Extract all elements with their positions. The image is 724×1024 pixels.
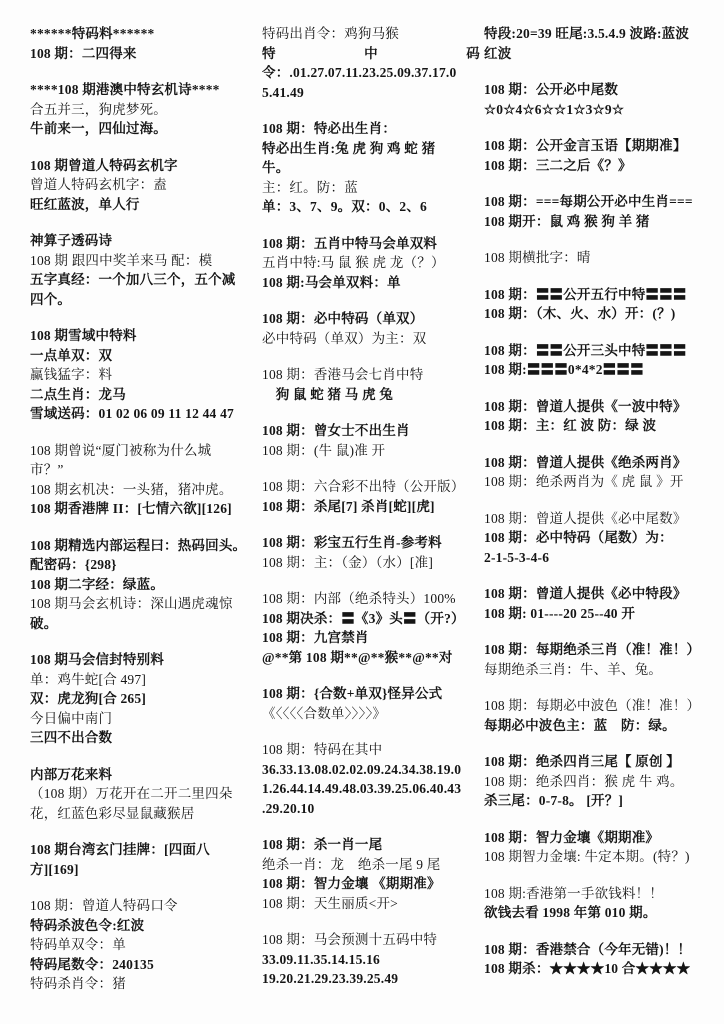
text-line: 108 期曾说“厦门被称为什么城 [30, 441, 254, 461]
text-line: 108 期：九宫禁肖 [262, 628, 480, 648]
text-line: 特码杀波色令:红波 [30, 916, 254, 936]
text-line: 108 期马会信封特别料 [30, 650, 254, 670]
text-line: 108 期：主：红 波 防：绿 波 [484, 416, 716, 436]
text-block: ******特码料******108 期：二四得来 [30, 24, 254, 63]
text-line: 108 期：天生丽质<开> [262, 894, 480, 914]
justified-word: 特 [262, 44, 276, 64]
text-line: 108 期智力金壤: 牛定本期。(特？) [484, 847, 716, 867]
text-line: 108 期：二四得来 [30, 44, 254, 64]
text-block: 108 期雪域中特料一点单双：双赢钱猛字：料二点生肖：龙马雪域送码：01 02 … [30, 326, 254, 424]
text-block: 108 期：六合彩不出特（公开版）108 期：杀尾[7] 杀肖[蛇][虎] [262, 477, 480, 516]
text-line: 108 期：彩宝五行生肖-参考料 [262, 533, 480, 553]
text-block: 108 期：公开金言玉语【期期准】108 期：三二之后《？》 [484, 136, 716, 175]
text-block: 108 期:香港第一手欲钱料！！欲钱去看 1998 年第 010 期。 [484, 884, 716, 923]
text-line: 108 期：三二之后《？》 [484, 156, 716, 176]
text-block: 108 期：马会预测十五码中特33.09.11.35.14.15.1619.20… [262, 930, 480, 989]
text-line: 5.41.49 [262, 83, 480, 103]
text-block: 108 期：曾道人特码口令特码杀波色令:红波特码单双令：单特码尾数令：24013… [30, 896, 254, 994]
text-line: 108 期：===每期公开必中生肖=== [484, 192, 716, 212]
text-line: 狗 鼠 蛇 猪 马 虎 兔 [262, 385, 480, 405]
text-line: 108 期：曾女士不出生肖 [262, 421, 480, 441]
text-line: 特段:20=39 旺尾:3.5.4.9 波路:蓝波 [484, 24, 716, 44]
text-line: 内部万花来料 [30, 765, 254, 785]
text-line: 红波 [484, 44, 716, 64]
text-line: 108 期开：鼠 鸡 猴 狗 羊 猪 [484, 212, 716, 232]
text-line: 108 期:马会单双料：单 [262, 273, 480, 293]
text-block: 108 期：香港马会七肖中特 狗 鼠 蛇 猪 马 虎 兔 [262, 365, 480, 404]
text-line: ******特码料****** [30, 24, 254, 44]
text-line: 108 期：每期必中波色（准！准！） [484, 696, 716, 716]
text-line: 108 期 跟四中奖羊来马 配：模 [30, 251, 254, 271]
text-block: 108 期：必中特码（单双）必中特码（单双）为主：双 [262, 309, 480, 348]
text-block: 108 期：===每期公开必中生肖===108 期开：鼠 鸡 猴 狗 羊 猪 [484, 192, 716, 231]
text-line: 特码出肖令：鸡狗马猴 [262, 24, 480, 44]
text-block: 108 期：公开必中尾数☆0☆4☆6☆☆1☆3☆9☆ [484, 80, 716, 119]
text-block: 108 期：{合数+单双}怪异公式《〈〈〈〈合数单〉〉〉〉》 [262, 684, 480, 723]
text-line: .29.20.10 [262, 799, 480, 819]
text-line: 108 期：内部（绝杀特头）100% [262, 589, 480, 609]
text-line: 108 期曾道人特码玄机字 [30, 156, 254, 176]
text-line: 108 期：智力金壤《期期准》 [484, 828, 716, 848]
text-block: 108 期精选内部运程曰：热码回头。配密码：{298}108 期二字经：绿蓝。1… [30, 536, 254, 634]
text-line: 108 期：香港马会七肖中特 [262, 365, 480, 385]
column-left: ******特码料******108 期：二四得来****108 期港澳中特玄机… [30, 24, 254, 1011]
text-block: 108 期：特码在其中36.33.13.08.02.02.09.24.34.38… [262, 740, 480, 818]
text-line: @**第 108 期**@**猴**@**对 [262, 648, 480, 668]
text-line: 欲钱去看 1998 年第 010 期。 [484, 903, 716, 923]
column-right: 特段:20=39 旺尾:3.5.4.9 波路:蓝波红波108 期：公开必中尾数☆… [484, 24, 716, 996]
text-line: 牛前来一，四仙过海。 [30, 119, 254, 139]
text-line: 108 期：(牛 鼠)准 开 [262, 441, 480, 461]
text-line: 108 期:〓〓〓0*4*2〓〓〓 [484, 360, 716, 380]
text-line: 108 期：绝杀四肖：猴 虎 牛 鸡。 [484, 772, 716, 792]
text-line: 三四不出合数 [30, 728, 254, 748]
text-line: 曾道人特码玄机字：盍 [30, 175, 254, 195]
text-block: 108 期：绝杀四肖三尾【 原创 】108 期：绝杀四肖：猴 虎 牛 鸡。杀三尾… [484, 752, 716, 811]
text-line: 绝杀一肖：龙 绝杀一尾 9 尾 [262, 855, 480, 875]
justified-word: 中 [364, 44, 378, 64]
justified-word: 码 [466, 44, 480, 64]
text-line: 108 期：杀一肖一尾 [262, 835, 480, 855]
text-line: 特码单双令：单 [30, 935, 254, 955]
text-block: 108 期：〓〓公开五行中特〓〓〓108 期：（木、火、水）开：(？) [484, 285, 716, 324]
text-line: 方][169] [30, 860, 254, 880]
text-line: 五字真经：一个加八三个，五个减 [30, 270, 254, 290]
text-block: 神算子透码诗108 期 跟四中奖羊来马 配：模五字真经：一个加八三个，五个减四个… [30, 231, 254, 309]
text-line: 《〈〈〈〈合数单〉〉〉〉》 [262, 704, 480, 724]
text-line: 108 期玄机决：一头猪，猪冲虎。 [30, 480, 254, 500]
text-line: 五肖中特:马 鼠 猴 虎 龙（？） [262, 253, 480, 273]
text-block: 108 期台湾玄门挂牌：[四面八方][169] [30, 840, 254, 879]
text-line: 108 期：曾道人提供《绝杀两肖》 [484, 453, 716, 473]
text-block: 108 期：彩宝五行生肖-参考料108 期：主：（金）（水）[准] [262, 533, 480, 572]
text-line: 杀三尾：0-7-8。 [开？] [484, 791, 716, 811]
text-line: 合五并三，狗虎梦死。 [30, 100, 254, 120]
text-block: 108 期横批字：晴 [484, 248, 716, 268]
text-line: 特中码 [262, 44, 480, 64]
text-block: 108 期：曾道人提供《一波中特》108 期：主：红 波 防：绿 波 [484, 397, 716, 436]
text-line: 108 期香港牌 II：[七情六欲][126] [30, 499, 254, 519]
text-line: 108 期二字经：绿蓝。 [30, 575, 254, 595]
text-line: 每期必中波色主：蓝 防：绿。 [484, 716, 716, 736]
text-line: 必中特码（单双）为主：双 [262, 329, 480, 349]
text-line: 108 期：绝杀四肖三尾【 原创 】 [484, 752, 716, 772]
text-line: 108 期：公开必中尾数 [484, 80, 716, 100]
text-line: 108 期：绝杀两肖为《 虎 鼠 》开 [484, 472, 716, 492]
text-line: 108 期：必中特码（尾数）为： [484, 528, 716, 548]
text-line: 108 期：〓〓公开五行中特〓〓〓 [484, 285, 716, 305]
text-line: 花，红蓝色彩尽显鼠藏猴居 [30, 804, 254, 824]
text-line: 108 期: 01----20 25--40 开 [484, 604, 716, 624]
text-line: 108 期杀：★★★★10 合★★★★ [484, 959, 716, 979]
text-line: 108 期：曾道人提供《必中尾数》 [484, 509, 716, 529]
text-line: 今日偏中南门 [30, 709, 254, 729]
text-line: 108 期：曾道人提供《一波中特》 [484, 397, 716, 417]
text-block: 108 期：曾女士不出生肖108 期：(牛 鼠)准 开 [262, 421, 480, 460]
text-line: 108 期台湾玄门挂牌：[四面八 [30, 840, 254, 860]
text-block: 108 期：每期绝杀三肖（准！准！）每期绝杀三肖：牛、羊、兔。 [484, 640, 716, 679]
text-line: （108 期）万花开在二开二里四朵 [30, 784, 254, 804]
text-line: ☆0☆4☆6☆☆1☆3☆9☆ [484, 100, 716, 120]
text-line: 特必出生肖:兔 虎 狗 鸡 蛇 猪 [262, 139, 480, 159]
text-line: 二点生肖：龙马 [30, 385, 254, 405]
text-line: 108 期：特必出生肖： [262, 119, 480, 139]
text-line: 108 期雪域中特料 [30, 326, 254, 346]
column-middle: 特码出肖令：鸡狗马猴特中码令：.01.27.07.11.23.25.09.37.… [262, 24, 480, 1006]
text-block: 108 期：曾道人提供《必中尾数》108 期：必中特码（尾数）为：2-1-5-3… [484, 509, 716, 568]
text-line: 108 期：香港禁合（今年无错)！！ [484, 940, 716, 960]
text-block: 108 期马会信封特别料单：鸡牛蛇[合 497]双：虎龙狗[合 265]今日偏中… [30, 650, 254, 748]
text-block: 108 期：〓〓公开三头中特〓〓〓108 期:〓〓〓0*4*2〓〓〓 [484, 341, 716, 380]
text-line: 108 期:香港第一手欲钱料！！ [484, 884, 716, 904]
text-line: 旺红蓝波，单人行 [30, 195, 254, 215]
text-line: 108 期：（木、火、水）开：(？) [484, 304, 716, 324]
tip-sheet-page: ******特码料******108 期：二四得来****108 期港澳中特玄机… [0, 0, 724, 1024]
text-block: 108 期曾道人特码玄机字曾道人特码玄机字：盍旺红蓝波，单人行 [30, 156, 254, 215]
text-line: 108 期：曾道人提供《必中特段》 [484, 584, 716, 604]
text-line: 特码尾数令：240135 [30, 955, 254, 975]
text-line: 19.20.21.29.23.39.25.49 [262, 969, 480, 989]
text-line: 108 期：六合彩不出特（公开版） [262, 477, 480, 497]
text-line: 108 期：{合数+单双}怪异公式 [262, 684, 480, 704]
text-block: 108 期：智力金壤《期期准》108 期智力金壤: 牛定本期。(特？) [484, 828, 716, 867]
text-line: 108 期马会玄机诗：深山遇虎魂惊 [30, 594, 254, 614]
text-line: 108 期：马会预测十五码中特 [262, 930, 480, 950]
text-line: 双：虎龙狗[合 265] [30, 689, 254, 709]
text-line: 四个。 [30, 290, 254, 310]
text-line: ****108 期港澳中特玄机诗**** [30, 80, 254, 100]
text-line: 主：红。防：蓝 [262, 178, 480, 198]
text-line: 108 期精选内部运程曰：热码回头。 [30, 536, 254, 556]
text-line: 1.26.44.14.49.48.03.39.25.06.40.43 [262, 779, 480, 799]
text-line: 36.33.13.08.02.02.09.24.34.38.19.0 [262, 760, 480, 780]
text-block: 108 期：曾道人提供《绝杀两肖》108 期：绝杀两肖为《 虎 鼠 》开 [484, 453, 716, 492]
text-line: 108 期：必中特码（单双） [262, 309, 480, 329]
text-line: 雪域送码：01 02 06 09 11 12 44 47 [30, 404, 254, 424]
text-line: 2-1-5-3-4-6 [484, 548, 716, 568]
text-line: 市？” [30, 460, 254, 480]
text-line: 108 期：杀尾[7] 杀肖[蛇][虎] [262, 497, 480, 517]
text-block: 108 期：内部（绝杀特头）100%108 期决杀：〓《3》头〓（开?）108 … [262, 589, 480, 667]
text-block: 108 期：曾道人提供《必中特段》108 期: 01----20 25--40 … [484, 584, 716, 623]
text-line: 每期绝杀三肖：牛、羊、兔。 [484, 660, 716, 680]
text-line: 108 期：每期绝杀三肖（准！准！） [484, 640, 716, 660]
text-line: 神算子透码诗 [30, 231, 254, 251]
text-line: 108 期：特码在其中 [262, 740, 480, 760]
text-line: 108 期决杀：〓《3》头〓（开?） [262, 609, 480, 629]
text-line: 108 期：公开金言玉语【期期准】 [484, 136, 716, 156]
text-block: 特段:20=39 旺尾:3.5.4.9 波路:蓝波红波 [484, 24, 716, 63]
text-line: 配密码：{298} [30, 555, 254, 575]
text-block: 108 期：特必出生肖：特必出生肖:兔 虎 狗 鸡 蛇 猪牛。主：红。防：蓝单：… [262, 119, 480, 217]
text-block: 特码出肖令：鸡狗马猴特中码令：.01.27.07.11.23.25.09.37.… [262, 24, 480, 102]
text-line: 108 期：曾道人特码口令 [30, 896, 254, 916]
text-line: 令：.01.27.07.11.23.25.09.37.17.0 [262, 63, 480, 83]
text-block: 108 期曾说“厦门被称为什么城市？”108 期玄机决：一头猪，猪冲虎。108 … [30, 441, 254, 519]
text-line: 单：3、7、9。双：0、2、6 [262, 197, 480, 217]
text-line: 33.09.11.35.14.15.16 [262, 950, 480, 970]
text-block: 108 期：每期必中波色（准！准！）每期必中波色主：蓝 防：绿。 [484, 696, 716, 735]
text-line: 一点单双：双 [30, 346, 254, 366]
text-block: 内部万花来料（108 期）万花开在二开二里四朵花，红蓝色彩尽显鼠藏猴居 [30, 765, 254, 824]
text-block: 108 期：杀一肖一尾绝杀一肖：龙 绝杀一尾 9 尾108 期：智力金壤 《期期… [262, 835, 480, 913]
text-line: 特码杀肖令：猪 [30, 974, 254, 994]
text-line: 破。 [30, 614, 254, 634]
text-block: ****108 期港澳中特玄机诗****合五并三，狗虎梦死。牛前来一，四仙过海。 [30, 80, 254, 139]
text-line: 单：鸡牛蛇[合 497] [30, 670, 254, 690]
text-line: 108 期：智力金壤 《期期准》 [262, 874, 480, 894]
text-line: 108 期：主：（金）（水）[准] [262, 553, 480, 573]
text-block: 108 期：香港禁合（今年无错)！！108 期杀：★★★★10 合★★★★ [484, 940, 716, 979]
text-line: 108 期：〓〓公开三头中特〓〓〓 [484, 341, 716, 361]
text-line: 108 期横批字：晴 [484, 248, 716, 268]
text-line: 赢钱猛字：料 [30, 365, 254, 385]
text-line: 108 期：五肖中特马会单双料 [262, 234, 480, 254]
text-line: 牛。 [262, 158, 480, 178]
text-block: 108 期：五肖中特马会单双料五肖中特:马 鼠 猴 虎 龙（？）108 期:马会… [262, 234, 480, 293]
